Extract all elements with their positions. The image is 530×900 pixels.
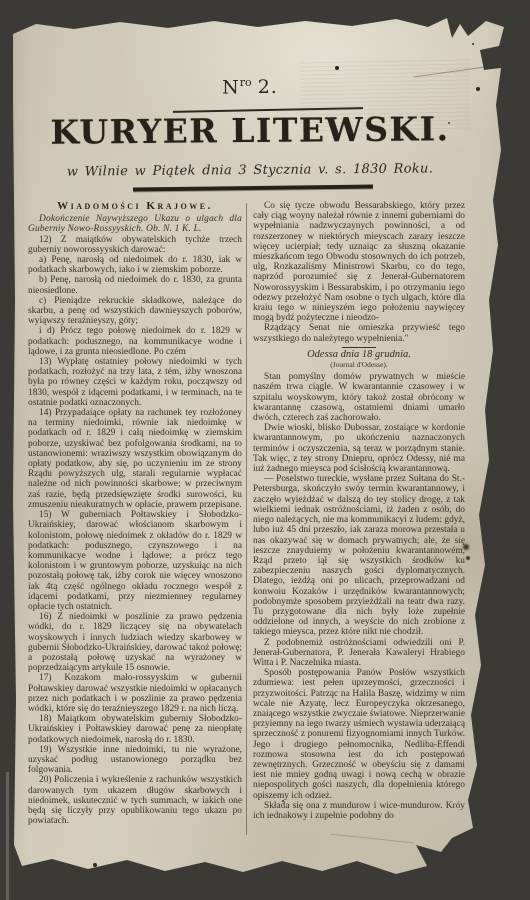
paragraph: Składa się ona z mundurow i wice-munduro… bbox=[253, 801, 465, 821]
left-column-paragraphs: 12) Z maiątków obywatelskich tychże trze… bbox=[28, 235, 242, 827]
paragraph: Z podobnemiż ostróżnościami odwiedzili o… bbox=[253, 638, 465, 669]
paragraph: Stan pomyślny domów prywatnych w mieście… bbox=[253, 372, 465, 423]
issue-number: Nro2. bbox=[14, 76, 486, 98]
paragraph: i d) Prócz tego połowę niedoimek do r. 1… bbox=[28, 326, 242, 357]
paragraph: 17) Kozakom mało-rossyyskim w gubernii P… bbox=[28, 673, 242, 714]
paragraph: 13) Wypłatę ostatniey połowy niedoimki w… bbox=[28, 357, 242, 408]
paper-speckles bbox=[0, 0, 4, 4]
article-paragraphs: Stan pomyślny domów prywatnych w mieście… bbox=[253, 372, 465, 821]
paragraph: a) Penę, narosłą od niedoimek do r. 1830… bbox=[28, 255, 242, 275]
paragraph: 20) Policzenia i wykreślenie z rachunków… bbox=[28, 775, 242, 826]
article-heading: Odessa dnia 18 grudnia. bbox=[253, 350, 465, 360]
section-heading: Wiadomości Krajowe. bbox=[28, 201, 242, 211]
paragraph: Sposób postępowania Panów Posłów wszystk… bbox=[253, 668, 465, 801]
paragraph: Rządzący Senat nie omieszka przywieść te… bbox=[253, 323, 465, 343]
newspaper-title: KURYER LITEWSKI. bbox=[14, 109, 486, 152]
column-divider bbox=[246, 203, 247, 835]
paragraph: 12) Z maiątków obywatelskich tychże trze… bbox=[28, 235, 242, 255]
book-spine-highlight bbox=[6, 772, 9, 900]
paragraph: — Poselstwo tureckie, wysłane przez Sułt… bbox=[253, 474, 465, 637]
paragraph: 15) W guberniach Połtawskiey i Słobodzko… bbox=[28, 510, 242, 612]
left-column: Wiadomości Krajowe. Dokończenie Naywyższ… bbox=[28, 201, 242, 841]
paragraph: 18) Maiątkom obywatelskim guberniy Słobo… bbox=[28, 714, 242, 745]
paragraph: c) Pieniądze rekruckie składkowe, należą… bbox=[28, 296, 242, 327]
issue-superscript: ro bbox=[240, 76, 252, 89]
right-column-intro-paragraphs: Co się tycze obwodu Bessarabskiego, któr… bbox=[253, 201, 465, 344]
article-subheading: Dokończenie Naywyższego Ukazu o ulgach d… bbox=[28, 214, 242, 234]
issue-digit: 2. bbox=[258, 76, 278, 98]
newspaper-page: Nro2. KURYER LITEWSKI. w Wilnie w Piątek… bbox=[0, 0, 530, 900]
paragraph: b) Penę, narosłą od niedoimek do r. 1830… bbox=[28, 275, 242, 295]
paragraph: Dwie wioski, blisko Dubossar, zostaiące … bbox=[253, 423, 465, 474]
masthead-rule-thick bbox=[133, 185, 373, 192]
paragraph: 14) Przypadaiące opłaty na rachunek tey … bbox=[28, 408, 242, 510]
masthead-dateline: w Wilnie w Piątek dnia 3 Stycznia v. s. … bbox=[14, 161, 486, 180]
right-column: Co się tycze obwodu Bessarabskiego, któr… bbox=[253, 201, 465, 851]
paragraph: 16) Z niedoimki w poszlinie za prawo pęd… bbox=[28, 612, 242, 673]
scanned-newspaper-screenshot: { "colors": { "background": "#3b3a37", "… bbox=[0, 0, 530, 900]
paragraph: Co się tycze obwodu Bessarabskiego, któr… bbox=[253, 201, 465, 323]
article-source: (Journal d'Odesse). bbox=[253, 360, 465, 370]
paragraph: 19) Wszystkie inne niedoimki, tu nie wyr… bbox=[28, 745, 242, 776]
issue-prefix: N bbox=[222, 76, 240, 98]
article-separator-rule bbox=[342, 347, 376, 348]
